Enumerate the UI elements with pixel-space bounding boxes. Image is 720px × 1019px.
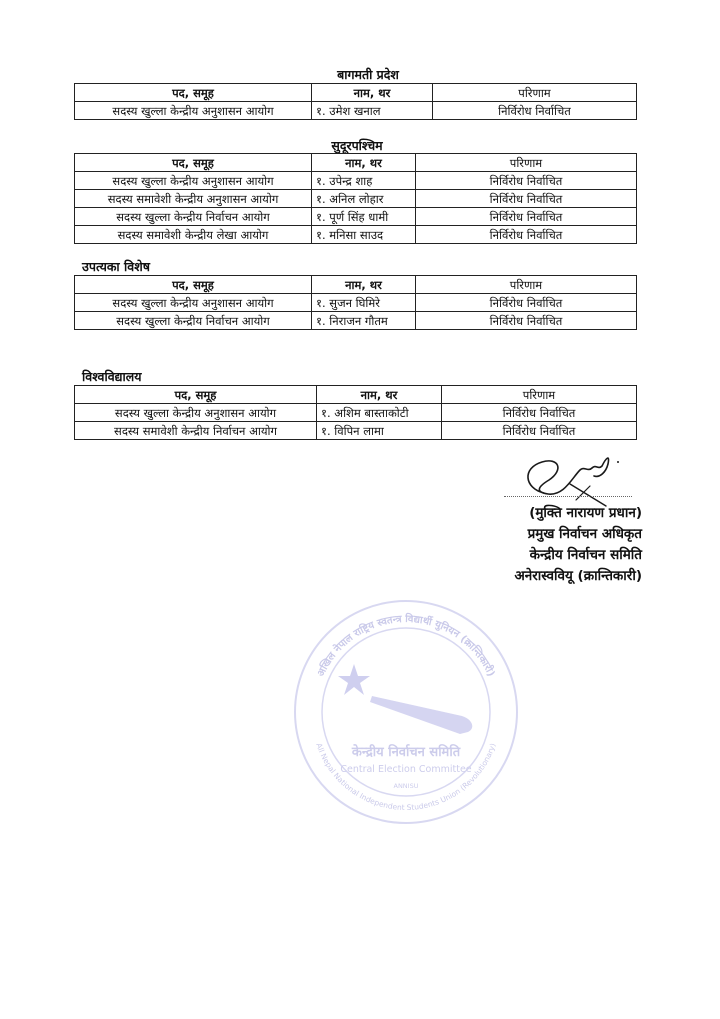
section-title-upatyaka: उपत्यका विशेष <box>82 258 150 275</box>
cell-name: १. मनिसा साउद <box>312 226 416 244</box>
table-row: सदस्य खुल्ला केन्द्रीय निर्वाचन आयोग १. … <box>75 312 637 330</box>
col-header-name: नाम, थर <box>317 386 442 404</box>
cell-name: १. विपिन लामा <box>317 422 442 440</box>
col-header-result: परिणाम <box>433 84 637 102</box>
table-row: सदस्य खुल्ला केन्द्रीय अनुशासन आयोग १. उ… <box>75 172 637 190</box>
col-header-name: नाम, थर <box>312 276 416 294</box>
cell-name: १. उमेश खनाल <box>312 102 433 120</box>
stamp-title-en: Central Election Committee <box>340 764 471 775</box>
col-header-post: पद, समूह <box>75 154 312 172</box>
table-row: सदस्य समावेशी केन्द्रीय निर्वाचन आयोग १.… <box>75 422 637 440</box>
signatory-designation: प्रमुख निर्वाचन अधिकृत <box>514 524 642 545</box>
cell-post: सदस्य खुल्ला केन्द्रीय अनुशासन आयोग <box>75 294 312 312</box>
col-header-result: परिणाम <box>442 386 637 404</box>
cell-post: सदस्य समावेशी केन्द्रीय निर्वाचन आयोग <box>75 422 317 440</box>
cell-post: सदस्य खुल्ला केन्द्रीय अनुशासन आयोग <box>75 102 312 120</box>
cell-post: सदस्य खुल्ला केन्द्रीय निर्वाचन आयोग <box>75 312 312 330</box>
cell-result: निर्विरोध निर्वाचित <box>416 208 637 226</box>
results-table-sudurpaschim: पद, समूह नाम, थर परिणाम सदस्य खुल्ला केन… <box>74 153 637 244</box>
signature-line <box>504 496 632 497</box>
cell-result: निर्विरोध निर्वाचित <box>416 312 637 330</box>
section-title-university: विश्वविद्यालय <box>82 368 141 385</box>
cell-name: १. अशिम बास्ताकोटी <box>317 404 442 422</box>
table-header-row: पद, समूह नाम, थर परिणाम <box>75 276 637 294</box>
table-row: सदस्य खुल्ला केन्द्रीय निर्वाचन आयोग १. … <box>75 208 637 226</box>
table-row: सदस्य खुल्ला केन्द्रीय अनुशासन आयोग १. उ… <box>75 102 637 120</box>
col-header-result: परिणाम <box>416 276 637 294</box>
col-header-post: पद, समूह <box>75 84 312 102</box>
col-header-name: नाम, थर <box>312 84 433 102</box>
stamp-title-np: केन्द्रीय निर्वाचन समिति <box>351 744 461 760</box>
col-header-post: पद, समूह <box>75 386 317 404</box>
signature-scribble-icon <box>514 448 624 508</box>
cell-result: निर्विरोध निर्वाचित <box>416 294 637 312</box>
results-table-bagmati: पद, समूह नाम, थर परिणाम सदस्य खुल्ला केन… <box>74 83 637 120</box>
star-icon <box>338 664 370 695</box>
table-row: सदस्य समावेशी केन्द्रीय लेखा आयोग १. मनि… <box>75 226 637 244</box>
results-table-upatyaka: पद, समूह नाम, थर परिणाम सदस्य खुल्ला केन… <box>74 275 637 330</box>
cell-post: सदस्य खुल्ला केन्द्रीय अनुशासन आयोग <box>75 404 317 422</box>
cell-post: सदस्य खुल्ला केन्द्रीय निर्वाचन आयोग <box>75 208 312 226</box>
signatory-name: (मुक्ति नारायण प्रधान) <box>514 503 642 524</box>
pen-icon <box>370 696 472 734</box>
results-table-university: पद, समूह नाम, थर परिणाम सदस्य खुल्ला केन… <box>74 385 637 440</box>
cell-name: १. उपेन्द्र शाह <box>312 172 416 190</box>
col-header-result: परिणाम <box>416 154 637 172</box>
table-row: सदस्य खुल्ला केन्द्रीय अनुशासन आयोग १. अ… <box>75 404 637 422</box>
cell-result: निर्विरोध निर्वाचित <box>433 102 637 120</box>
cell-result: निर्विरोध निर्वाचित <box>416 172 637 190</box>
cell-post: सदस्य समावेशी केन्द्रीय अनुशासन आयोग <box>75 190 312 208</box>
cell-result: निर्विरोध निर्वाचित <box>442 404 637 422</box>
signatory-details: (मुक्ति नारायण प्रधान) प्रमुख निर्वाचन अ… <box>514 503 642 587</box>
cell-result: निर्विरोध निर्वाचित <box>442 422 637 440</box>
cell-post: सदस्य खुल्ला केन्द्रीय अनुशासन आयोग <box>75 172 312 190</box>
official-stamp: अखिल नेपाल राष्ट्रिय स्वतन्त्र विद्यार्थ… <box>292 598 520 826</box>
table-header-row: पद, समूह नाम, थर परिणाम <box>75 386 637 404</box>
cell-post: सदस्य समावेशी केन्द्रीय लेखा आयोग <box>75 226 312 244</box>
cell-name: १. सुजन घिमिरे <box>312 294 416 312</box>
section-title-sudurpaschim: सुदूरपश्चिम <box>331 137 382 154</box>
signatory-committee: केन्द्रीय निर्वाचन समिति <box>514 545 642 566</box>
table-row: सदस्य समावेशी केन्द्रीय अनुशासन आयोग १. … <box>75 190 637 208</box>
table-row: सदस्य खुल्ला केन्द्रीय अनुशासन आयोग १. स… <box>75 294 637 312</box>
table-header-row: पद, समूह नाम, थर परिणाम <box>75 154 637 172</box>
cell-result: निर्विरोध निर्वाचित <box>416 226 637 244</box>
cell-result: निर्विरोध निर्वाचित <box>416 190 637 208</box>
col-header-post: पद, समूह <box>75 276 312 294</box>
cell-name: १. निराजन गौतम <box>312 312 416 330</box>
cell-name: १. पूर्ण सिंह धामी <box>312 208 416 226</box>
section-title-bagmati: बागमती प्रदेश <box>337 66 399 83</box>
table-header-row: पद, समूह नाम, थर परिणाम <box>75 84 637 102</box>
cell-name: १. अनिल लोहार <box>312 190 416 208</box>
signatory-organization: अनेरास्ववियू (क्रान्तिकारी) <box>514 566 642 587</box>
stamp-abbr: ANNISU <box>394 782 419 790</box>
col-header-name: नाम, थर <box>312 154 416 172</box>
